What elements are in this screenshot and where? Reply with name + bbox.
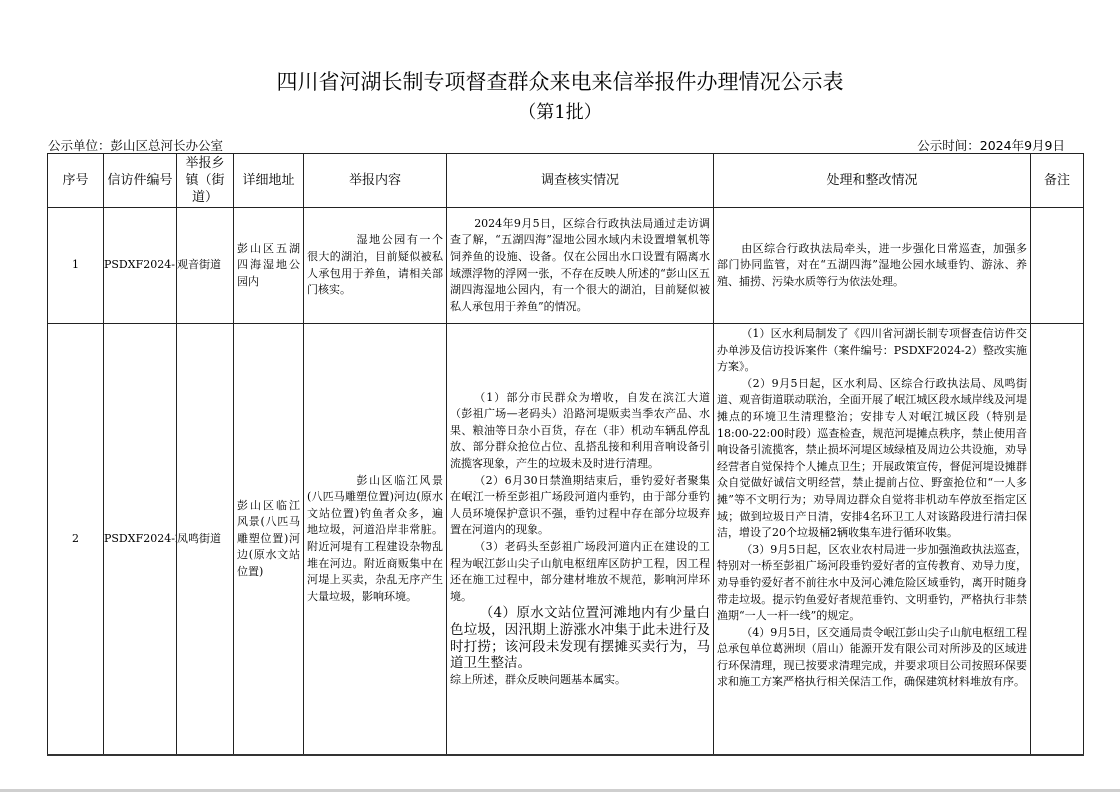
cell-street: 凤鸣街道 bbox=[177, 324, 234, 756]
header-investigation: 调查核实情况 bbox=[447, 154, 714, 208]
header-case-id: 信访件编号 bbox=[104, 154, 177, 208]
document-subtitle: （第1批） bbox=[0, 98, 1120, 124]
handling-paragraph: （1）区水利局制发了《四川省河湖长制专项督查信访件交办单涉及信访投诉案件（案件编… bbox=[717, 326, 1027, 376]
complaints-table: 序号 信访件编号 举报乡镇（街道） 详细地址 举报内容 调查核实情况 处理和整改… bbox=[47, 153, 1084, 756]
cell-report: 彭山区临江风景(八匹马雕塑位置)河边(原水文站位置)钓鱼者众多，遍地垃圾，河道沿… bbox=[304, 324, 447, 756]
cell-remark bbox=[1031, 208, 1084, 324]
investigation-paragraph: （4）原水文站位置河滩地内有少量白色垃圾，因汛期上游涨水冲集于此未进行及时打捞；… bbox=[450, 605, 710, 671]
cell-remark bbox=[1031, 324, 1084, 756]
table-row: 1 PSDXF2024-1 观音街道 彭山区五湖四海湿地公园内 湿地公园有一个很… bbox=[48, 208, 1084, 324]
report-text: 彭山区临江风景(八匹马雕塑位置)河边(原水文站位置)钓鱼者众多，遍地垃圾，河道沿… bbox=[307, 473, 443, 606]
table-row: 2 PSDXF2024-2 凤鸣街道 彭山区临江风景(八匹马雕塑位置)河边(原水… bbox=[48, 324, 1084, 756]
publishing-unit: 公示单位：彭山区总河长办公室 bbox=[48, 136, 223, 154]
cell-street: 观音街道 bbox=[177, 208, 234, 324]
header-remark: 备注 bbox=[1031, 154, 1084, 208]
header-no: 序号 bbox=[48, 154, 104, 208]
cell-case-id: PSDXF2024-1 bbox=[104, 208, 177, 324]
investigation-paragraph: （1）部分市民群众为增收，自发在滨江大道（彭祖广场—老码头）沿路河堤贩卖当季农产… bbox=[450, 390, 710, 473]
investigation-conclusion: 综上所述，群众反映问题基本属实。 bbox=[450, 672, 710, 689]
cell-handling: （1）区水利局制发了《四川省河湖长制专项督查信访件交办单涉及信访投诉案件（案件编… bbox=[714, 324, 1031, 756]
header-report: 举报内容 bbox=[304, 154, 447, 208]
investigation-paragraph: 2024年9月5日，区综合行政执法局通过走访调查了解，“五湖四海”湿地公园水域内… bbox=[450, 216, 710, 316]
cell-no: 1 bbox=[48, 208, 104, 324]
report-text: 湿地公园有一个很大的湖泊，目前疑似被私人承包用于养鱼，请相关部门核实。 bbox=[307, 232, 443, 298]
cell-report: 湿地公园有一个很大的湖泊，目前疑似被私人承包用于养鱼，请相关部门核实。 bbox=[304, 208, 447, 324]
handling-paragraph: （3）9月5日起，区农业农村局进一步加强渔政执法巡查，特别对一桥至彭祖广场河段垂… bbox=[717, 542, 1027, 625]
handling-paragraph: 由区综合行政执法局牵头，进一步强化日常巡查，加强多部门协同监管，对在“五湖四海”… bbox=[717, 241, 1027, 291]
cell-address: 彭山区五湖四海湿地公园内 bbox=[234, 208, 304, 324]
header-address: 详细地址 bbox=[234, 154, 304, 208]
handling-paragraph: （2）9月5日起，区水利局、区综合行政执法局、凤鸣街道、观音街道联动联治，全面开… bbox=[717, 376, 1027, 542]
investigation-paragraph: （3）老码头至彭祖广场段河道内正在建设的工程为岷江彭山尖子山航电枢纽库区防护工程… bbox=[450, 539, 710, 605]
investigation-paragraph: （2）6月30日禁渔期结束后，垂钓爱好者聚集在岷江一桥至彭祖广场段河道内垂钓，由… bbox=[450, 473, 710, 539]
cell-investigation: 2024年9月5日，区综合行政执法局通过走访调查了解，“五湖四海”湿地公园水域内… bbox=[447, 208, 714, 324]
header-handling: 处理和整改情况 bbox=[714, 154, 1031, 208]
cell-case-id: PSDXF2024-2 bbox=[104, 324, 177, 756]
document-title: 四川省河湖长制专项督查群众来电来信举报件办理情况公示表 bbox=[0, 66, 1120, 96]
publish-time: 公示时间：2024年9月9日 bbox=[917, 136, 1065, 154]
cell-handling: 由区综合行政执法局牵头，进一步强化日常巡查，加强多部门协同监管，对在“五湖四海”… bbox=[714, 208, 1031, 324]
cell-investigation: （1）部分市民群众为增收，自发在滨江大道（彭祖广场—老码头）沿路河堤贩卖当季农产… bbox=[447, 324, 714, 756]
handling-paragraph: （4）9月5日，区交通局责令岷江彭山尖子山航电枢纽工程总承包单位葛洲坝（眉山）能… bbox=[717, 625, 1027, 691]
table-header-row: 序号 信访件编号 举报乡镇（街道） 详细地址 举报内容 调查核实情况 处理和整改… bbox=[48, 154, 1084, 208]
cell-address: 彭山区临江风景(八匹马雕塑位置)河边(原水文站位置) bbox=[234, 324, 304, 756]
cell-no: 2 bbox=[48, 324, 104, 756]
header-street: 举报乡镇（街道） bbox=[177, 154, 234, 208]
